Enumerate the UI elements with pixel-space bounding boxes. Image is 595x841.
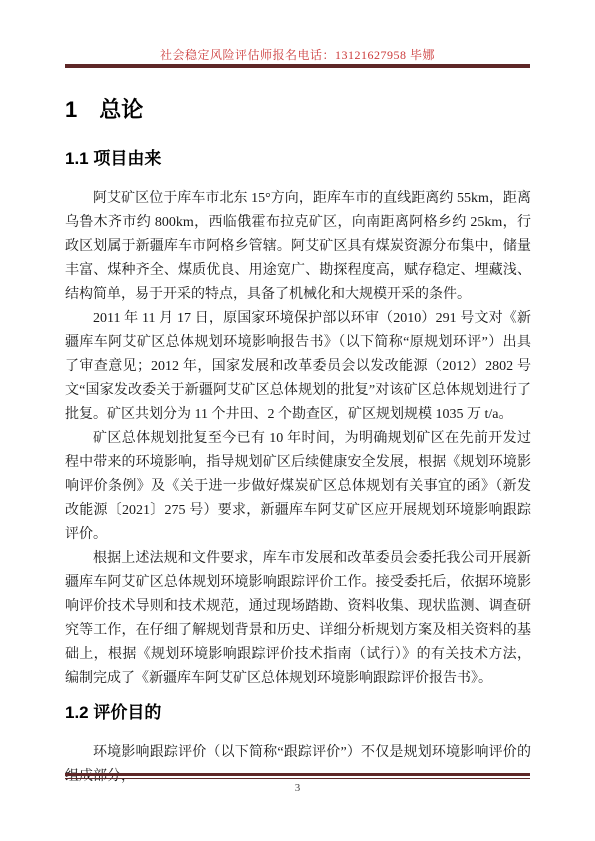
paragraph-project-origin-1: 阿艾矿区位于库车市北东 15°方向，距库车市的直线距离约 55km，距离乌鲁木齐… — [65, 187, 531, 307]
document-content: 1 总论 1.1 项目由来 阿艾矿区位于库车市北东 15°方向，距库车市的直线距… — [65, 97, 531, 789]
section-heading-1-1: 1.1 项目由来 — [65, 149, 531, 169]
section-heading-1-2: 1.2 评价目的 — [65, 703, 531, 723]
document-page: 社会稳定风险评估师报名电话：13121627958 毕娜 1 总论 1.1 项目… — [0, 0, 595, 841]
footer-rule — [65, 773, 530, 779]
paragraph-project-origin-2: 2011 年 11 月 17 日，原国家环境保护部以环审（2010）291 号文… — [65, 307, 531, 427]
paragraph-project-origin-3: 矿区总体规划批复至今已有 10 年时间，为明确规划矿区在先前开发过程中带来的环境… — [65, 427, 531, 547]
paragraph-project-origin-4: 根据上述法规和文件要求，库车市发展和改革委员会委托我公司开展新疆库车阿艾矿区总体… — [65, 547, 531, 691]
header-rule — [65, 64, 530, 68]
page-number: 3 — [0, 782, 595, 794]
chapter-title: 1 总论 — [65, 97, 531, 123]
header-contact-text: 社会稳定风险评估师报名电话：13121627958 毕娜 — [0, 46, 595, 63]
